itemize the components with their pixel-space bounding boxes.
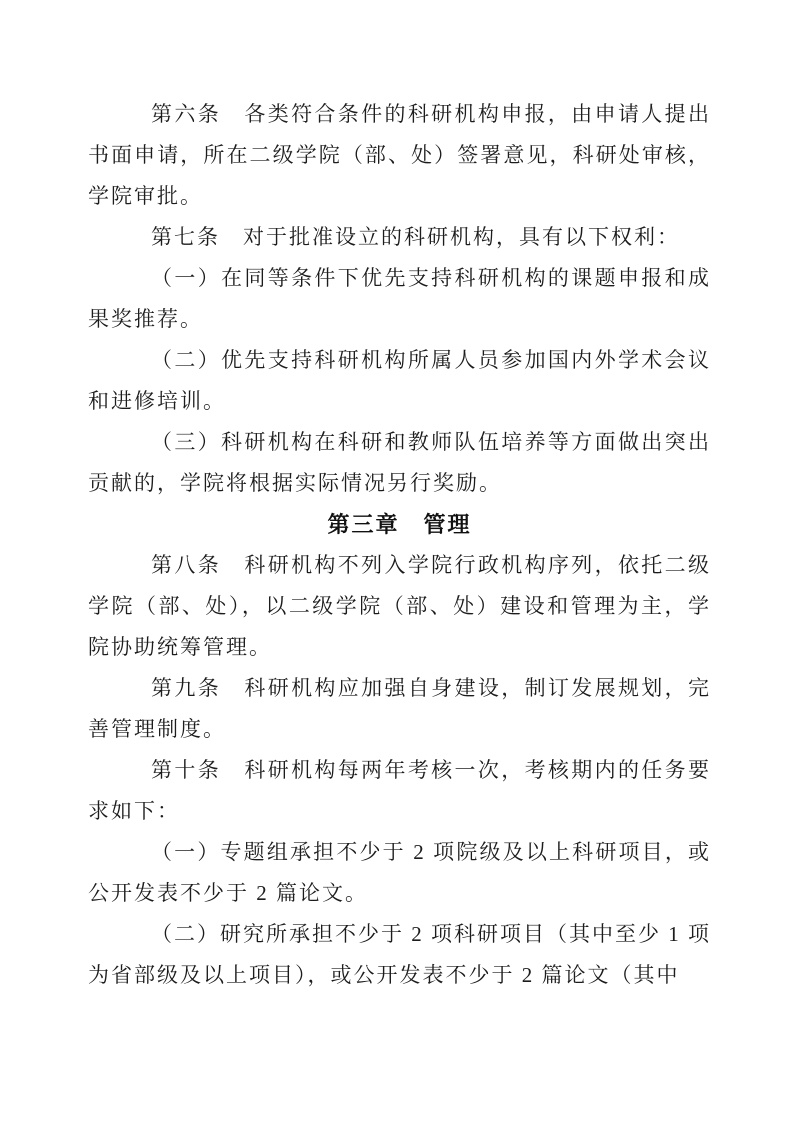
chapter-heading: 第三章 管理 — [88, 504, 711, 545]
paragraph-article-6: 第六条 各类符合条件的科研机构申报，由申请人提出书面申请，所在二级学院（部、处）… — [88, 94, 711, 217]
paragraph-article-8: 第八条 科研机构不列入学院行政机构序列，依托二级学院（部、处），以二级学院（部、… — [88, 545, 711, 668]
paragraph-article-10-item-2: （二）研究所承担不少于 2 项科研项目（其中至少 1 项为省部级及以上项目），或… — [88, 914, 711, 996]
paragraph-article-7-item-1: （一）在同等条件下优先支持科研机构的课题申报和成果奖推荐。 — [88, 258, 711, 340]
paragraph-article-9: 第九条 科研机构应加强自身建设，制订发展规划，完善管理制度。 — [88, 668, 711, 750]
document-page: 第六条 各类符合条件的科研机构申报，由申请人提出书面申请，所在二级学院（部、处）… — [0, 0, 793, 1122]
paragraph-article-10-item-1: （一）专题组承担不少于 2 项院级及以上科研项目，或公开发表不少于 2 篇论文。 — [88, 832, 711, 914]
paragraph-article-7: 第七条 对于批准设立的科研机构，具有以下权利： — [88, 217, 711, 258]
paragraph-article-7-item-2: （二）优先支持科研机构所属人员参加国内外学术会议和进修培训。 — [88, 340, 711, 422]
paragraph-article-10: 第十条 科研机构每两年考核一次，考核期内的任务要求如下： — [88, 750, 711, 832]
paragraph-article-7-item-3: （三）科研机构在科研和教师队伍培养等方面做出突出贡献的，学院将根据实际情况另行奖… — [88, 422, 711, 504]
